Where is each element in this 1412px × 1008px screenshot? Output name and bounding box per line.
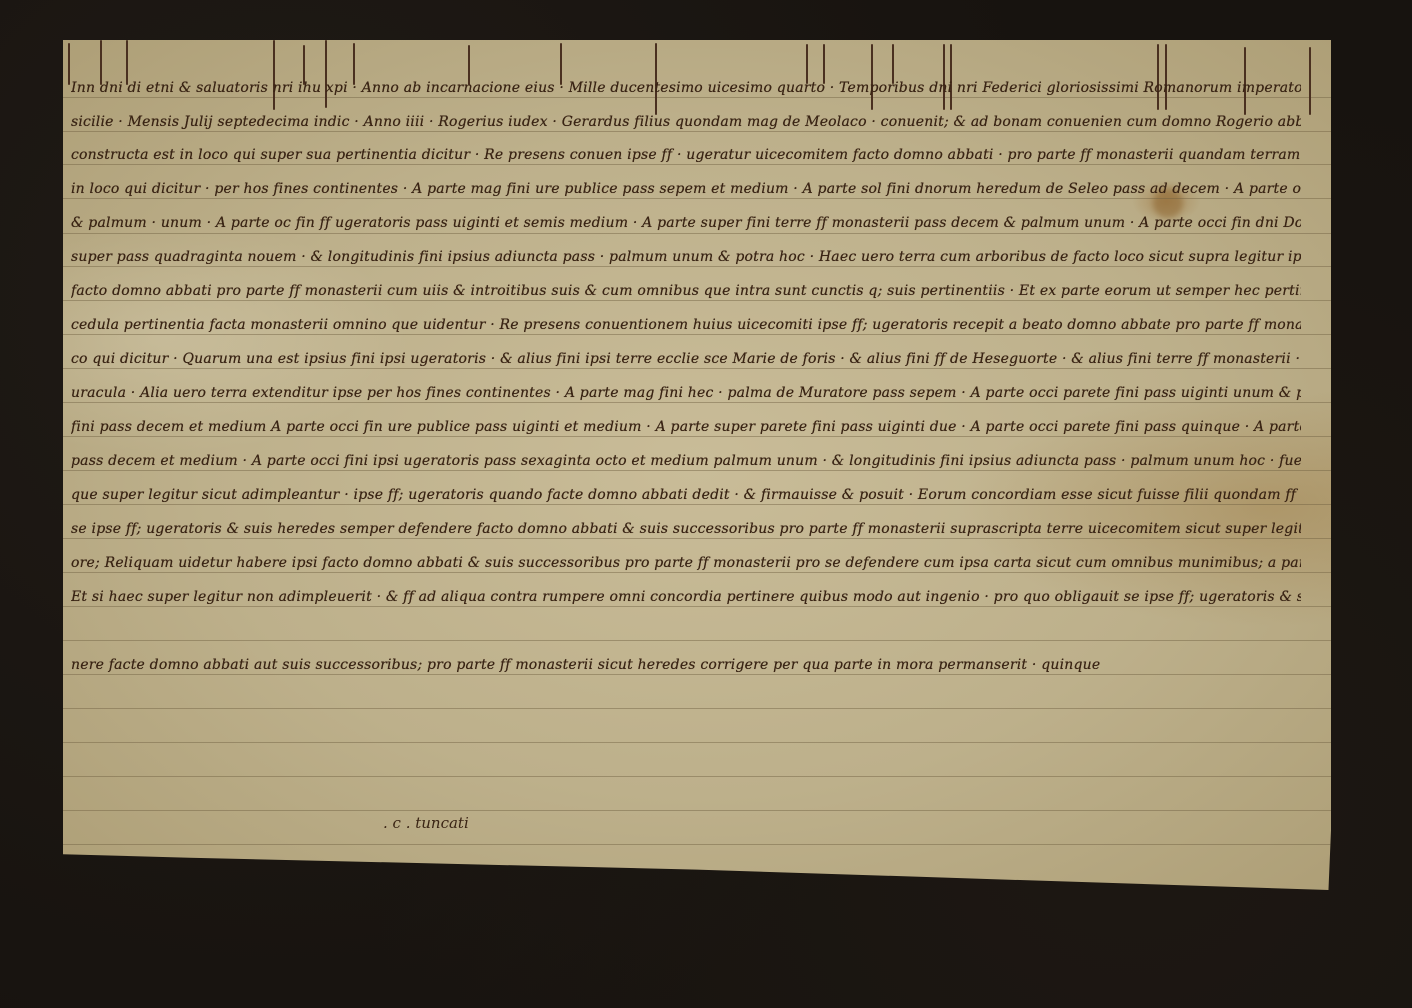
ruling-line bbox=[63, 572, 1331, 573]
ruling-line bbox=[63, 436, 1331, 437]
ascender-stroke bbox=[468, 45, 470, 85]
text-line-10: uracula · Alia uero terra extenditur ips… bbox=[71, 385, 1301, 401]
ascender-stroke bbox=[126, 40, 128, 85]
ascender-stroke bbox=[68, 43, 70, 85]
parchment-charter: Inn dni di etni & saluatoris nri ihu xpi… bbox=[63, 40, 1331, 890]
text-line-1: Inn dni di etni & saluatoris nri ihu xpi… bbox=[71, 80, 1301, 96]
ruling-line bbox=[63, 504, 1331, 505]
ruling-line bbox=[63, 233, 1331, 234]
text-line-7: facto domno abbati pro parte ff monaster… bbox=[71, 283, 1301, 299]
ruling-line bbox=[63, 300, 1331, 301]
text-line-2: sicilie · Mensis Julij septedecima indic… bbox=[71, 114, 1301, 130]
ascender-stroke bbox=[950, 44, 952, 110]
ascender-stroke bbox=[655, 43, 657, 115]
ascender-stroke bbox=[1309, 47, 1311, 115]
ascender-stroke bbox=[325, 40, 327, 108]
text-line-17: nere facte domno abbati aut suis success… bbox=[71, 657, 1101, 673]
ruling-line bbox=[63, 844, 1331, 845]
ascender-stroke bbox=[943, 44, 945, 110]
text-line-3: constructa est in loco qui super sua per… bbox=[71, 147, 1301, 163]
ruling-line bbox=[63, 402, 1331, 403]
text-line-13: que super legitur sicut adimpleantur · i… bbox=[71, 487, 1301, 503]
text-line-6: super pass quadraginta nouem · & longitu… bbox=[71, 249, 1301, 265]
marginal-note: . c . tuncati bbox=[383, 814, 469, 832]
ruling-line bbox=[63, 742, 1331, 743]
ruling-line bbox=[63, 368, 1331, 369]
ruling-line bbox=[63, 470, 1331, 471]
ruling-line bbox=[63, 606, 1331, 607]
ascender-stroke bbox=[273, 40, 275, 110]
text-line-9: co qui dicitur · Quarum una est ipsius f… bbox=[71, 351, 1301, 367]
ascender-stroke bbox=[871, 44, 873, 110]
text-line-4: in loco qui dicitur · per hos fines cont… bbox=[71, 181, 1301, 197]
ascender-stroke bbox=[806, 44, 808, 84]
text-line-12: pass decem et medium · A parte occi fini… bbox=[71, 453, 1301, 469]
ruling-line bbox=[63, 334, 1331, 335]
ascender-stroke bbox=[560, 43, 562, 85]
ruling-line bbox=[63, 776, 1331, 777]
ascender-stroke bbox=[892, 44, 894, 84]
ruling-line bbox=[63, 810, 1331, 811]
ruling-line bbox=[63, 164, 1331, 165]
ruling-line bbox=[63, 640, 1331, 641]
ruling-line bbox=[63, 674, 1331, 675]
ruling-line bbox=[63, 708, 1331, 709]
ruling-line bbox=[63, 266, 1331, 267]
ascender-stroke bbox=[1165, 44, 1167, 110]
ascender-stroke bbox=[823, 44, 825, 84]
text-line-14: se ipse ff; ugeratoris & suis heredes se… bbox=[71, 521, 1301, 537]
ruling-line bbox=[63, 131, 1331, 132]
text-line-8: cedula pertinentia facta monasterii omni… bbox=[71, 317, 1301, 333]
text-line-16: Et si haec super legitur non adimpleueri… bbox=[71, 589, 1301, 605]
text-line-11: fini pass decem et medium A parte occi f… bbox=[71, 419, 1301, 435]
ascender-stroke bbox=[353, 43, 355, 85]
text-line-5: & palmum · unum · A parte oc fin ff uger… bbox=[71, 215, 1301, 231]
ascender-stroke bbox=[100, 40, 102, 85]
ruling-line bbox=[63, 538, 1331, 539]
ruling-line bbox=[63, 198, 1331, 199]
ascender-stroke bbox=[303, 45, 305, 85]
ascender-stroke bbox=[1157, 44, 1159, 110]
text-line-15: ore; Reliquam uidetur habere ipsi facto … bbox=[71, 555, 1301, 571]
ruling-line bbox=[63, 97, 1331, 98]
